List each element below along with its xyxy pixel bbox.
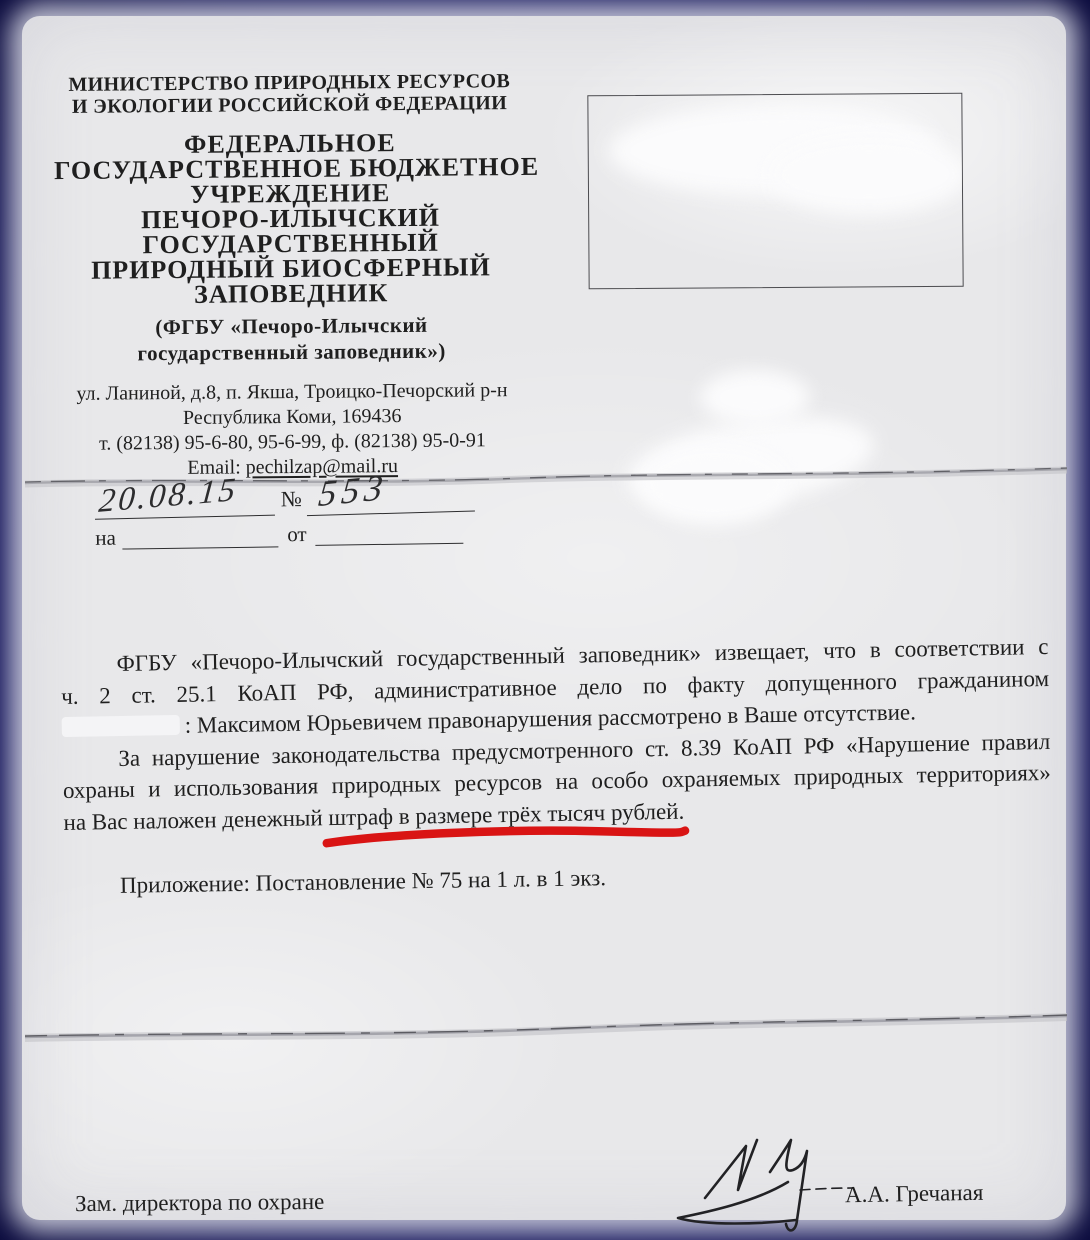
- letterhead: МИНИСТЕРСТВО ПРИРОДНЫХ РЕСУРСОВ И ЭКОЛОГ…: [53, 70, 529, 482]
- whiteout-blob: [769, 134, 964, 215]
- org-short-name-line: (ФГБУ «Печоро-Илычский: [55, 311, 527, 341]
- address-line: ул. Ланиной, д.8, п. Якша, Троицко-Печор…: [56, 378, 528, 407]
- ministry-line: И ЭКОЛОГИИ РОССИЙСКОЙ ФЕДЕРАЦИИ: [53, 92, 525, 118]
- scanned-letter: МИНИСТЕРСТВО ПРИРОДНЫХ РЕСУРСОВ И ЭКОЛОГ…: [0, 0, 1090, 1240]
- signer-name: А.А. Гречаная: [845, 1180, 984, 1208]
- body-line-text: на Вас наложен денежный: [63, 805, 328, 835]
- na-label: на: [95, 526, 116, 551]
- ministry-name: МИНИСТЕРСТВО ПРИРОДНЫХ РЕСУРСОВ И ЭКОЛОГ…: [53, 70, 525, 118]
- redaction-box: [62, 715, 180, 737]
- contact-block: ул. Ланиной, д.8, п. Якша, Троицко-Печор…: [56, 378, 529, 482]
- addressee-box: [587, 93, 963, 290]
- handwritten-number: 553: [316, 465, 389, 515]
- whiteout-blob: [640, 445, 790, 525]
- org-short-name: (ФГБУ «Печоро-Илычский государственный з…: [55, 311, 527, 367]
- requisites: 20.08.15 № 553 на от: [94, 473, 515, 563]
- organization-name: ФЕДЕРАЛЬНОЕ ГОСУДАРСТВЕННОЕ БЮДЖЕТНОЕ УЧ…: [54, 129, 528, 308]
- na-underline: [122, 546, 278, 549]
- ot-label: от: [287, 522, 307, 547]
- handwritten-date: 20.08.15: [97, 472, 239, 521]
- letter-body: ФГБУ «Печоро-Илычский государственный за…: [60, 631, 1051, 838]
- org-short-name-line: государственный заповедник»): [56, 337, 528, 367]
- signer-position: Зам. директора по охране: [75, 1189, 325, 1217]
- ot-underline: [315, 543, 463, 546]
- fine-amount-phrase: штраф в размере трёх тысяч рублей.: [328, 795, 684, 833]
- signature-flourish: [660, 1110, 1010, 1240]
- phone-line: т. (82138) 95-6-80, 95-6-99, ф. (82138) …: [56, 428, 528, 457]
- number-sign: №: [281, 486, 302, 512]
- whiteout-blob: [700, 370, 810, 425]
